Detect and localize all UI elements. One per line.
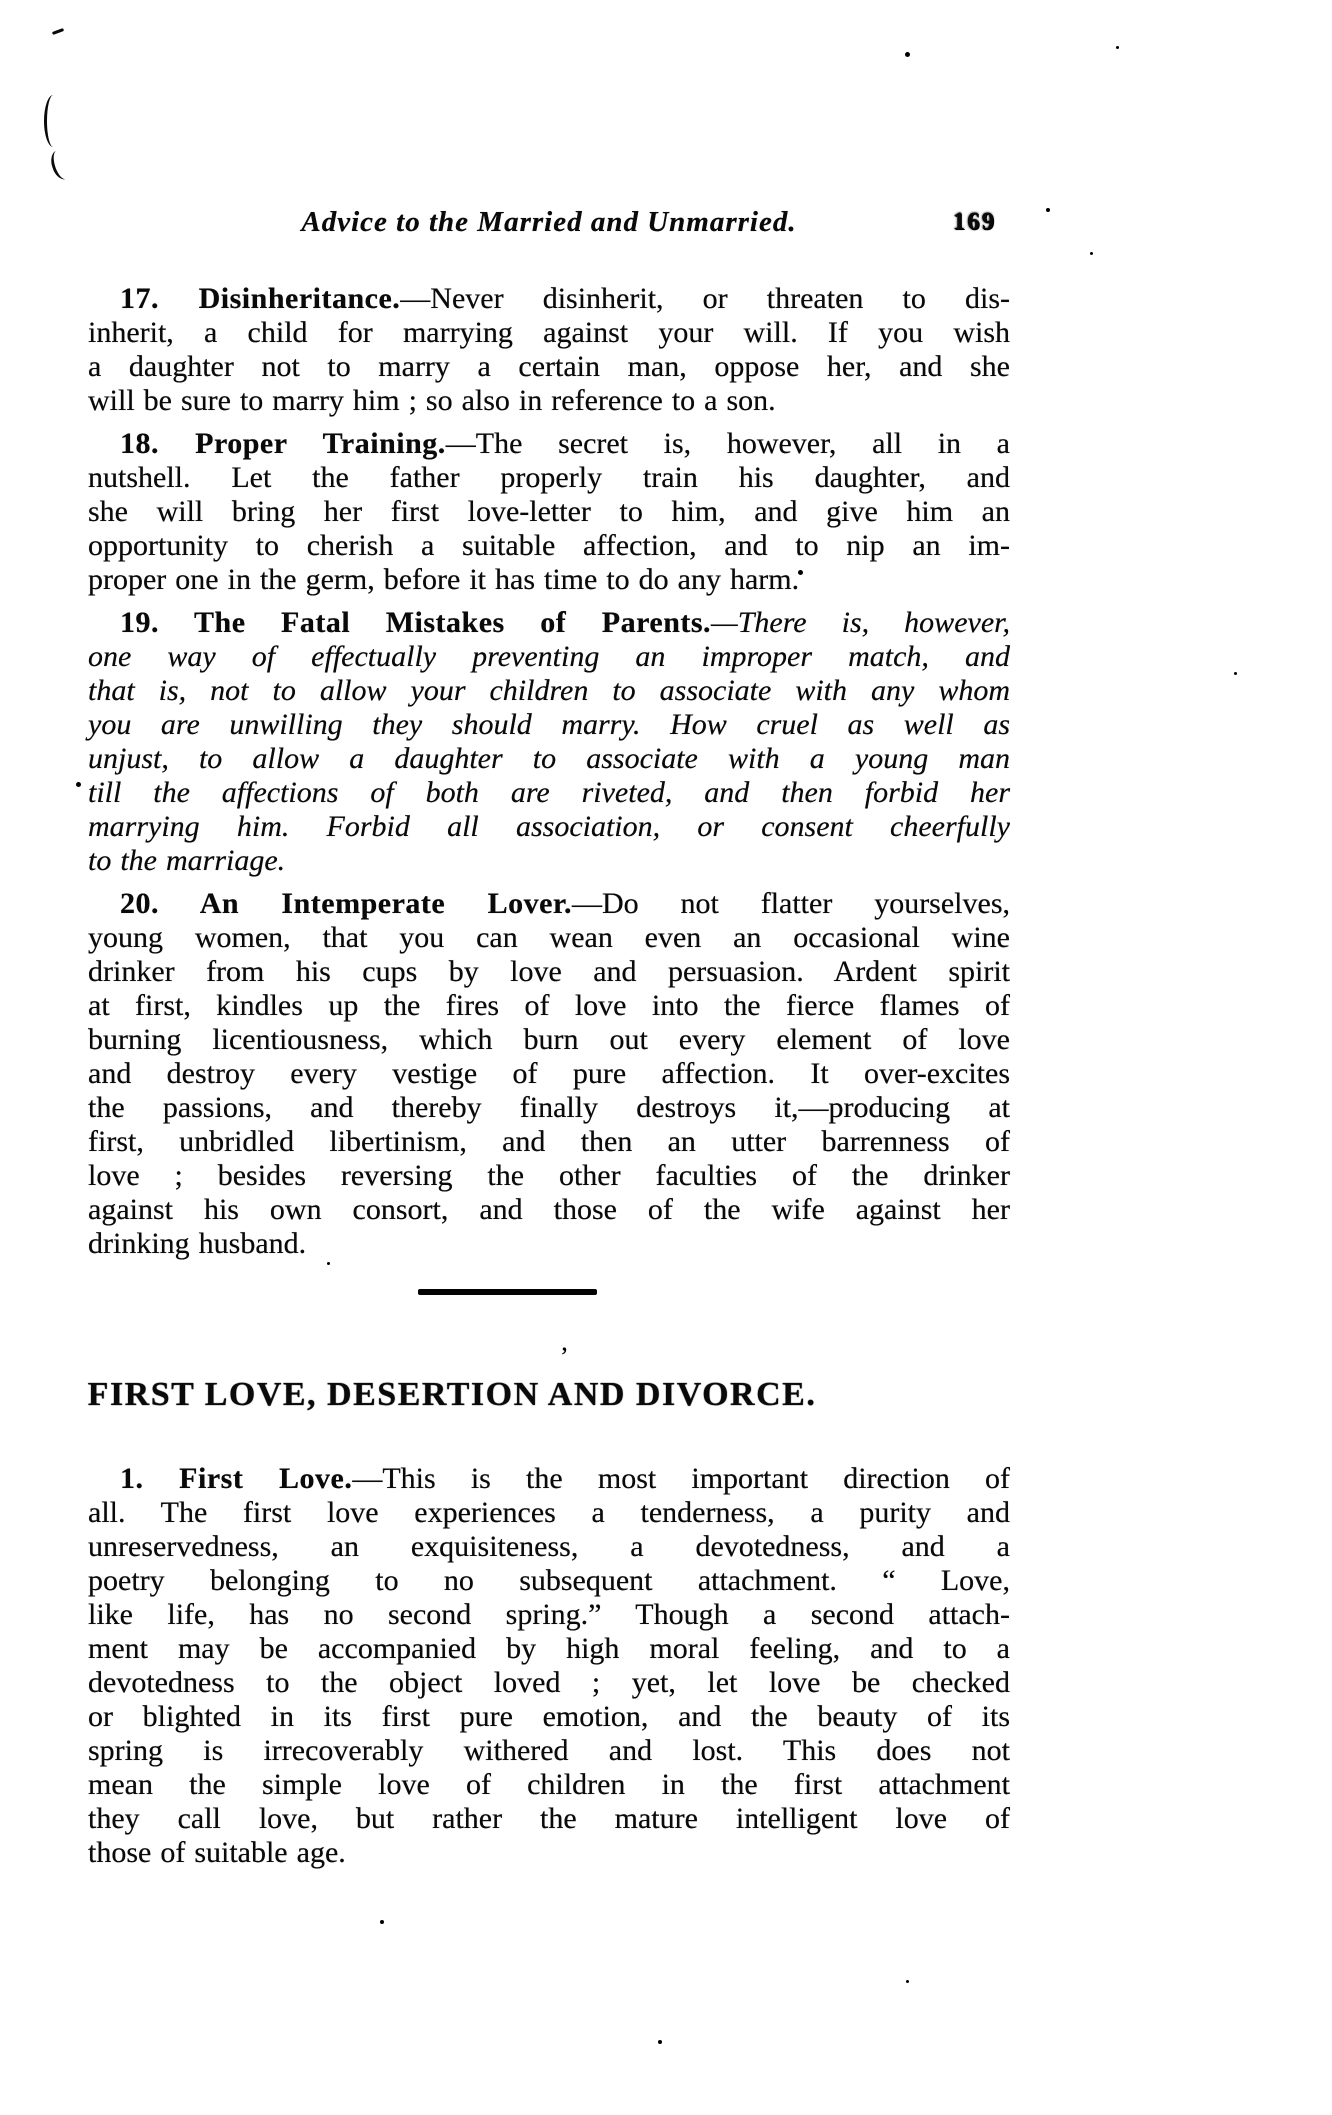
- scan-speckle: [1090, 252, 1093, 255]
- text-line: at first, kindles up the fires of love i…: [88, 989, 1010, 1023]
- paragraph-lead: 20. An Intemperate Lover.: [120, 887, 572, 920]
- running-title: Advice to the Married and Unmarried.: [301, 206, 796, 238]
- scan-speckle: [905, 52, 910, 57]
- scan-speckle: [380, 1920, 384, 1924]
- text-line: first, unbridled libertinism, and then a…: [88, 1125, 1010, 1159]
- text-line: till the affections of both are riveted,…: [88, 776, 1010, 810]
- text-line: opportunity to cherish a suitable affect…: [88, 529, 1010, 563]
- scan-paren-artifact: [48, 148, 73, 182]
- section-heading: FIRST LOVE, DESERTION AND DIVORCE.: [88, 1376, 817, 1414]
- scan-speckle: [658, 2040, 662, 2044]
- text-line: 17. Disinheritance.—Never disinherit, or…: [88, 282, 1010, 316]
- paragraph-19: 19. The Fatal Mistakes of Parents.—There…: [88, 606, 1010, 878]
- text-line: against his own consort, and those of th…: [88, 1193, 1010, 1227]
- text-line: burning licentiousness, which burn out e…: [88, 1023, 1010, 1057]
- text-line: young women, that you can wean even an o…: [88, 921, 1010, 955]
- text-line: those of suitable age.: [88, 1836, 1010, 1870]
- text-line: and destroy every vestige of pure affect…: [88, 1057, 1010, 1091]
- text-line: drinking husband.: [88, 1227, 1010, 1261]
- text-line: a daughter not to marry a certain man, o…: [88, 350, 1010, 384]
- paragraph-lead: 17. Disinheritance.: [120, 282, 400, 315]
- text-line: all. The first love experiences a tender…: [88, 1496, 1010, 1530]
- scan-speckle: [327, 1262, 330, 1265]
- text-line: marrying him. Forbid all association, or…: [88, 810, 1010, 844]
- first-love-paragraphs: 1. First Love.—This is the most importan…: [88, 1462, 1010, 1870]
- text-line: 1. First Love.—This is the most importan…: [88, 1462, 1010, 1496]
- text-line: nutshell. Let the father properly train …: [88, 461, 1010, 495]
- advice-paragraphs: 17. Disinheritance.—Never disinherit, or…: [88, 282, 1010, 1261]
- running-head: Advice to the Married and Unmarried. 169: [88, 206, 1010, 239]
- paragraph-lead: 19. The Fatal Mistakes of Parents.: [120, 606, 711, 639]
- scan-speckle: [52, 28, 64, 35]
- text-line: 18. Proper Training.—The secret is, howe…: [88, 427, 1010, 461]
- section-divider-rule: [418, 1289, 595, 1295]
- text-line: devotedness to the object loved ; yet, l…: [88, 1666, 1010, 1700]
- text-line: unjust, to allow a daughter to associate…: [88, 742, 1010, 776]
- text-line: mean the simple love of children in the …: [88, 1768, 1010, 1802]
- paragraph-18: 18. Proper Training.—The secret is, howe…: [88, 427, 1010, 597]
- text-line: 19. The Fatal Mistakes of Parents.—There…: [88, 606, 1010, 640]
- text-line: inherit, a child for marrying against yo…: [88, 316, 1010, 350]
- text-line: spring is irrecoverably withered and los…: [88, 1734, 1010, 1768]
- text-line: love ; besides reversing the other facul…: [88, 1159, 1010, 1193]
- paragraph-lead: 1. First Love.: [120, 1462, 352, 1495]
- scan-apostrophe-artifact: ’: [560, 1344, 569, 1370]
- scan-speckle: [906, 1980, 909, 1983]
- paragraph-1: 1. First Love.—This is the most importan…: [88, 1462, 1010, 1870]
- scan-paren-artifact: [44, 95, 61, 147]
- text-line: drinker from his cups by love and persua…: [88, 955, 1010, 989]
- text-line: ment may be accompanied by high moral fe…: [88, 1632, 1010, 1666]
- paragraph-17: 17. Disinheritance.—Never disinherit, or…: [88, 282, 1010, 418]
- text-line: will be sure to marry him ; so also in r…: [88, 384, 1010, 418]
- scan-speckle: [1046, 208, 1050, 212]
- text-line: one way of effectually preventing an imp…: [88, 640, 1010, 674]
- book-page: ’ Advice to the Married and Unmarried. 1…: [0, 0, 1332, 2115]
- paragraph-20: 20. An Intemperate Lover.—Do not flatter…: [88, 887, 1010, 1261]
- page-number: 169: [953, 208, 997, 236]
- text-line: or blighted in its first pure emotion, a…: [88, 1700, 1010, 1734]
- text-line: the passions, and thereby finally destro…: [88, 1091, 1010, 1125]
- text-line: poetry belonging to no subsequent attach…: [88, 1564, 1010, 1598]
- text-line: you are unwilling they should marry. How…: [88, 708, 1010, 742]
- text-line: unreservedness, an exquisiteness, a devo…: [88, 1530, 1010, 1564]
- scan-speckle: [1234, 672, 1237, 675]
- text-line: they call love, but rather the mature in…: [88, 1802, 1010, 1836]
- text-line: to the marriage.: [88, 844, 1010, 878]
- scan-speckle: [1116, 46, 1119, 49]
- paragraph-lead: 18. Proper Training.: [120, 427, 446, 460]
- text-line: that is, not to allow your children to a…: [88, 674, 1010, 708]
- text-line: like life, has no second spring.” Though…: [88, 1598, 1010, 1632]
- text-line: proper one in the germ, before it has ti…: [88, 563, 1010, 597]
- text-line: 20. An Intemperate Lover.—Do not flatter…: [88, 887, 1010, 921]
- scan-speckle: [76, 782, 81, 787]
- text-line: she will bring her first love-letter to …: [88, 495, 1010, 529]
